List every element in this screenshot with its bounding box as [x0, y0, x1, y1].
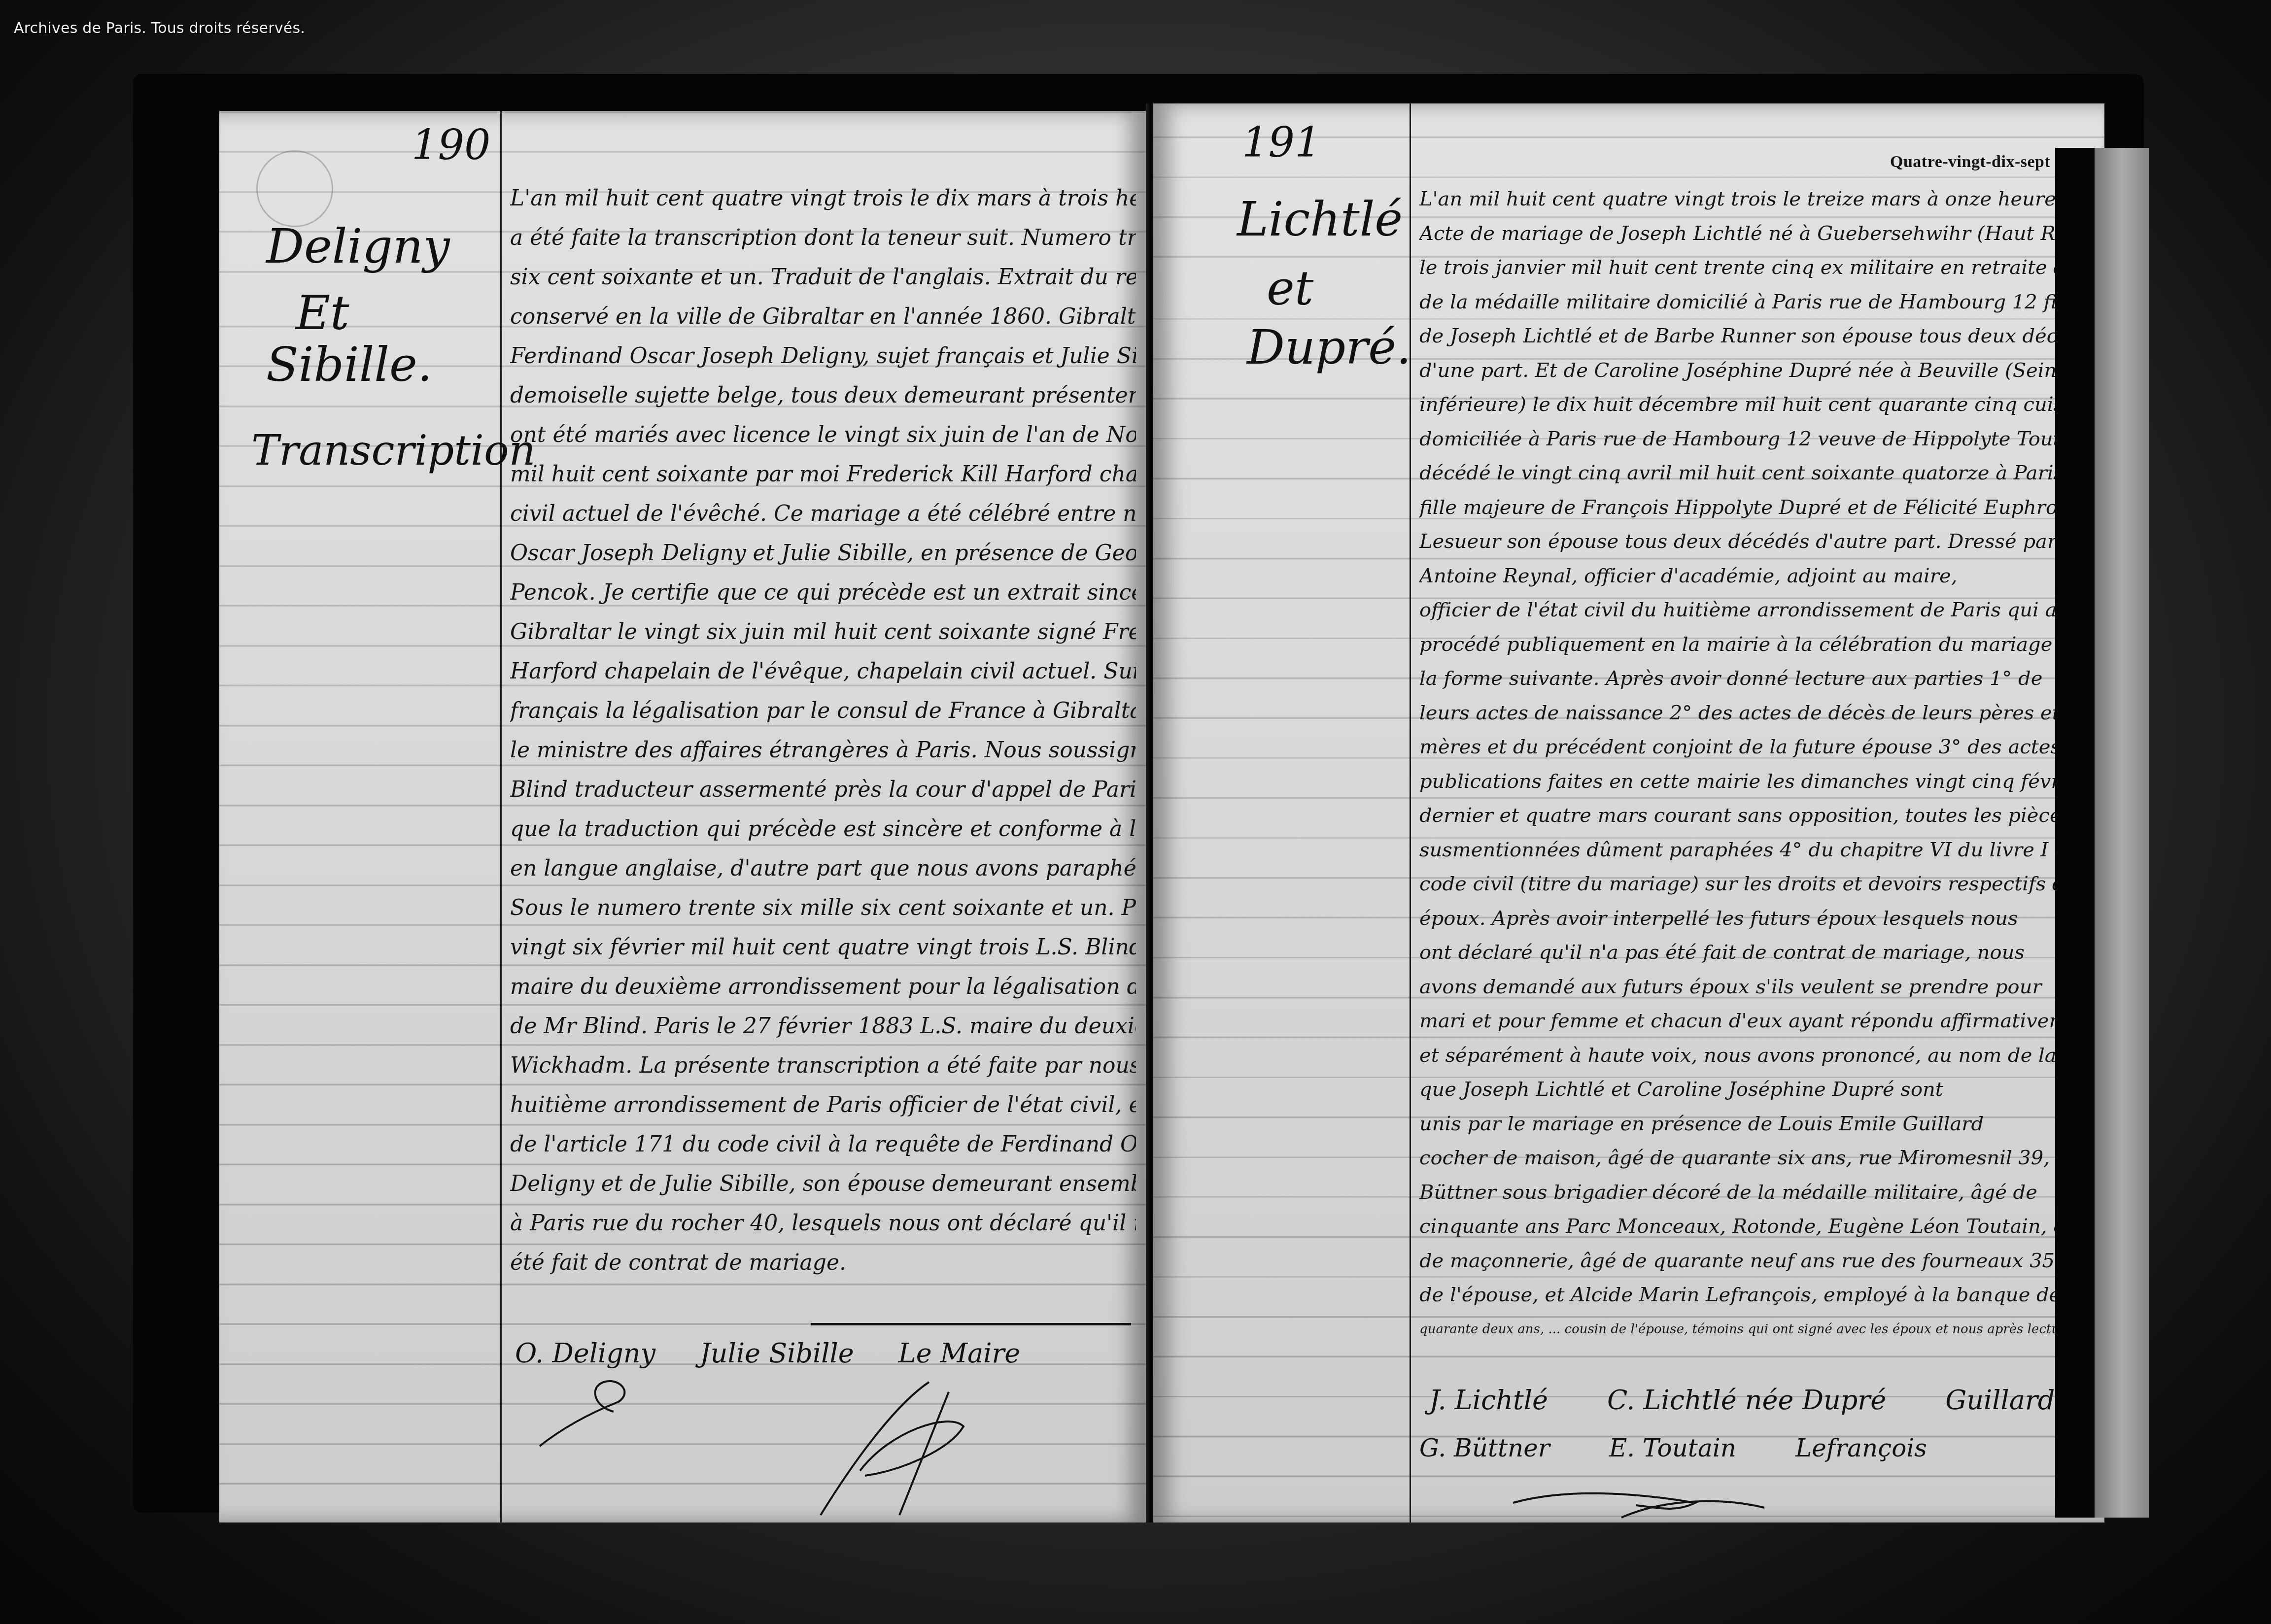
text-line: conservé en la ville de Gibraltar en l'a…	[510, 297, 1136, 337]
text-line: fille majeure de François Hippolyte Dupr…	[1419, 491, 2099, 525]
right-body-text: L'an mil huit cent quatre vingt trois le…	[1419, 182, 2099, 1347]
text-line: maire du deuxième arrondissement pour la…	[510, 967, 1136, 1007]
text-line: avons demandé aux futurs époux s'ils veu…	[1419, 970, 2099, 1005]
text-line: vingt six février mil huit cent quatre v…	[510, 928, 1136, 967]
signature-witness-toutain: E. Toutain	[1609, 1434, 1736, 1462]
signatures-left: O. Deligny Julie Sibille Le Maire	[515, 1338, 1020, 1369]
text-line: et séparément à haute voix, nous avons p…	[1419, 1039, 2099, 1073]
signature-witness-buttner: G. Büttner	[1419, 1434, 1550, 1462]
adjoint-signature-flourish-icon	[1617, 1493, 1774, 1522]
text-line: publications faites en cette mairie les …	[1419, 765, 2099, 799]
text-line: procédé publiquement en la mairie à la c…	[1419, 628, 2099, 662]
text-line: leurs actes de naissance 2° des actes de…	[1419, 696, 2099, 731]
signatures-right-row1: J. Lichtlé C. Lichtlé née Dupré Guillard	[1429, 1385, 2055, 1416]
text-line: Wickhadm. La présente transcription a ét…	[510, 1046, 1136, 1085]
text-line: de Mr Blind. Paris le 27 février 1883 L.…	[510, 1007, 1136, 1046]
text-line: cinquante ans Parc Monceaux, Rotonde, Eu…	[1419, 1210, 2099, 1244]
signature-mayor-label: Le Maire	[898, 1338, 1021, 1369]
text-line: ont été mariés avec licence le vingt six…	[510, 415, 1136, 455]
text-line: le ministre des affaires étrangères à Pa…	[510, 731, 1136, 770]
left-page: 190 Deligny Et Sibille. Transcription L'…	[219, 111, 1146, 1522]
text-line: de l'article 171 du code civil à la requ…	[510, 1125, 1136, 1164]
text-line: d'une part. Et de Caroline Joséphine Dup…	[1419, 354, 2099, 388]
end-of-entry-rule	[811, 1323, 1131, 1325]
text-line: six cent soixante et un. Traduit de l'an…	[510, 258, 1136, 297]
text-line: Büttner sous brigadier décoré de la méda…	[1419, 1176, 2099, 1210]
signature-groom: J. Lichtlé	[1429, 1385, 1548, 1416]
margin-note-transcription: Transcription	[251, 426, 536, 474]
text-line: à Paris rue du rocher 40, lesquels nous …	[510, 1204, 1136, 1243]
text-line: domiciliée à Paris rue de Hambourg 12 ve…	[1419, 422, 2099, 457]
entry-number: 191	[1242, 118, 1321, 167]
text-line: le trois janvier mil huit cent trente ci…	[1419, 251, 2099, 285]
text-line: Antoine Reynal, officier d'académie, adj…	[1419, 559, 2099, 594]
text-line: officier de l'état civil du huitième arr…	[1419, 593, 2099, 628]
signature-groom: O. Deligny	[515, 1338, 655, 1369]
entry-number: 190	[412, 121, 490, 169]
text-line: français la légalisation par le consul d…	[510, 691, 1136, 731]
text-line: de maçonnerie, âgé de quarante neuf ans …	[1419, 1244, 2099, 1279]
text-line: Pencok. Je certifie que ce qui précède e…	[510, 573, 1136, 612]
left-body-text: L'an mil huit cent quatre vingt trois le…	[510, 179, 1136, 1283]
signature-witness-guillard: Guillard	[1945, 1385, 2055, 1416]
binding-strip	[2055, 148, 2095, 1518]
text-line: Oscar Joseph Deligny et Julie Sibille, e…	[510, 534, 1136, 573]
text-line: Blind traducteur assermenté près la cour…	[510, 770, 1136, 810]
signatures-right-row2: G. Büttner E. Toutain Lefrançois	[1419, 1434, 1927, 1462]
text-line: a été faite la transcription dont la ten…	[510, 218, 1136, 258]
text-line: ont déclaré qu'il n'a pas été fait de co…	[1419, 936, 2099, 970]
text-line: quarante deux ans, ... cousin de l'épous…	[1419, 1313, 2099, 1347]
archive-watermark: Archives de Paris. Tous droits réservés.	[14, 20, 305, 37]
text-line: code civil (titre du mariage) sur les dr…	[1419, 867, 2099, 902]
signature-bride: Julie Sibille	[700, 1338, 854, 1369]
text-line: de la médaille militaire domicilié à Par…	[1419, 285, 2099, 320]
text-line: L'an mil huit cent quatre vingt trois le…	[1419, 182, 2099, 217]
text-line: la forme suivante. Après avoir donné lec…	[1419, 662, 2099, 696]
text-line: Acte de mariage de Joseph Lichtlé né à G…	[1419, 217, 2099, 251]
text-line: demoiselle sujette belge, tous deux deme…	[510, 376, 1136, 415]
margin-name-groom: Deligny	[266, 209, 450, 283]
margin-name-bride: Sibille.	[266, 328, 432, 402]
text-line: mari et pour femme et chacun d'eux ayant…	[1419, 1004, 2099, 1039]
signature-bride: C. Lichtlé née Dupré	[1607, 1385, 1886, 1416]
text-line: mères et du précédent conjoint de la fut…	[1419, 730, 2099, 765]
text-line: unis par le mariage en présence de Louis…	[1419, 1107, 2099, 1142]
text-line: de Joseph Lichtlé et de Barbe Runner son…	[1419, 319, 2099, 354]
mayor-signature-flourish-icon	[801, 1372, 1008, 1520]
text-line: Harford chapelain de l'évêque, chapelain…	[510, 652, 1136, 691]
right-page: 191 Quatre-vingt-dix-sept Lichtlé et Dup…	[1153, 103, 2104, 1522]
text-line: susmentionnées dûment paraphées 4° du ch…	[1419, 833, 2099, 868]
text-line: huitième arrondissement de Paris officie…	[510, 1085, 1136, 1125]
text-line: Lesueur son épouse tous deux décédés d'a…	[1419, 525, 2099, 559]
text-line: Gibraltar le vingt six juin mil huit cen…	[510, 612, 1136, 652]
text-line: inférieure) le dix huit décembre mil hui…	[1419, 388, 2099, 422]
margin-name-bride: Dupré.	[1247, 310, 1411, 384]
text-line: époux. Après avoir interpellé les futurs…	[1419, 902, 2099, 936]
text-line: été fait de contrat de mariage.	[510, 1243, 1136, 1283]
text-line: civil actuel de l'évêché. Ce mariage a é…	[510, 494, 1136, 534]
printed-page-header: Quatre-vingt-dix-sept	[1890, 153, 2050, 171]
text-line: que Joseph Lichtlé et Caroline Joséphine…	[1419, 1073, 2099, 1107]
margin-name-groom: Lichtlé	[1237, 182, 1403, 256]
margin-rule	[500, 111, 502, 1522]
text-line: de l'épouse, et Alcide Marin Lefrançois,…	[1419, 1278, 2099, 1313]
groom-signature-paraph-icon	[535, 1372, 643, 1451]
signature-witness-lefrancois: Lefrançois	[1795, 1434, 1927, 1462]
text-line: que la traduction qui précède est sincèr…	[510, 810, 1136, 849]
text-line: Deligny et de Julie Sibille, son épouse …	[510, 1164, 1136, 1204]
text-line: mil huit cent soixante par moi Frederick…	[510, 455, 1136, 494]
text-line: cocher de maison, âgé de quarante six an…	[1419, 1141, 2099, 1176]
text-line: Ferdinand Oscar Joseph Deligny, sujet fr…	[510, 337, 1136, 376]
page-edge-strip	[2095, 148, 2149, 1518]
text-line: dernier et quatre mars courant sans oppo…	[1419, 799, 2099, 833]
text-line: décédé le vingt cinq avril mil huit cent…	[1419, 456, 2099, 491]
text-line: Sous le numero trente six mille six cent…	[510, 888, 1136, 928]
text-line: L'an mil huit cent quatre vingt trois le…	[510, 179, 1136, 218]
text-line: en langue anglaise, d'autre part que nou…	[510, 849, 1136, 888]
